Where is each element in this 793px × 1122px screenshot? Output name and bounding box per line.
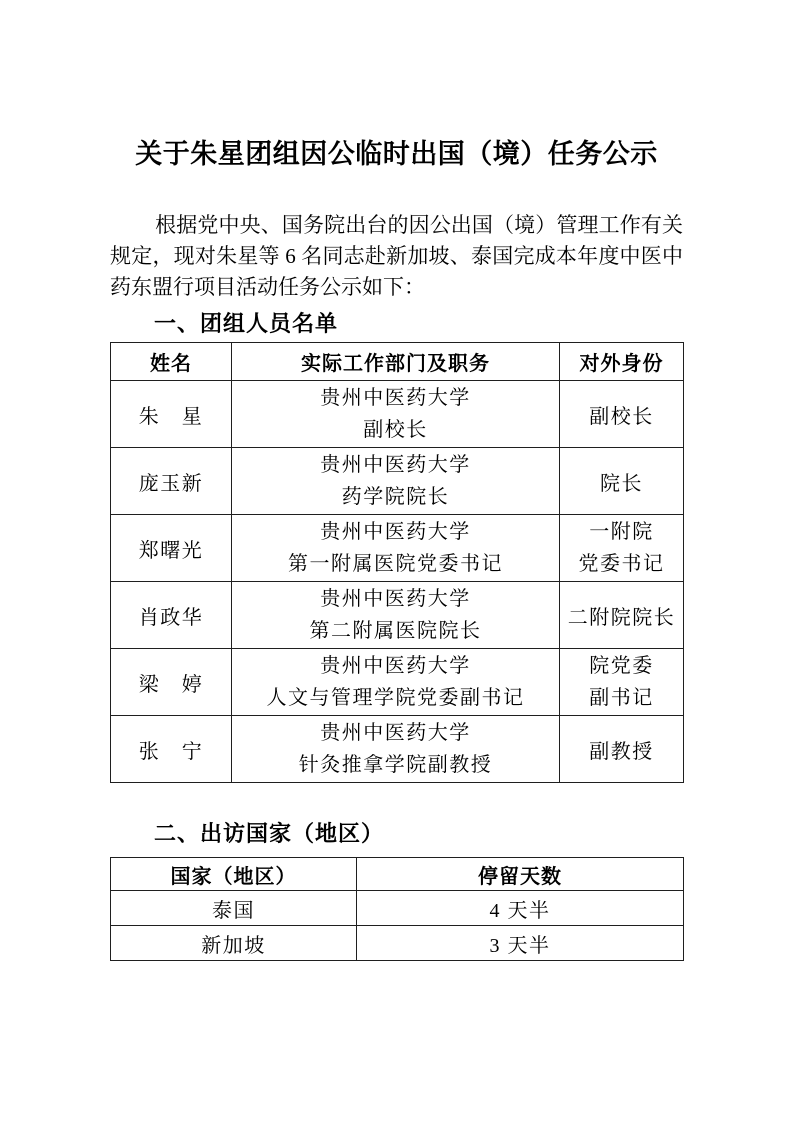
department-cell-line: 贵州中医药大学 [232, 382, 559, 414]
department-cell-line: 贵州中医药大学 [232, 583, 559, 615]
department-cell-line: 贵州中医药大学 [232, 516, 559, 548]
external-identity-cell: 副校长 [560, 381, 684, 448]
countries-table: 国家（地区） 停留天数 泰国4 天半新加坡3 天半 [110, 857, 684, 961]
external-identity-cell-line: 党委书记 [560, 548, 683, 580]
document-title: 关于朱星团组因公临时出国（境）任务公示 [110, 134, 683, 174]
section-1-heading: 一、团组人员名单 [110, 309, 683, 339]
personnel-header-row: 姓名 实际工作部门及职务 对外身份 [111, 343, 684, 381]
external-identity-cell: 一附院党委书记 [560, 515, 684, 582]
column-header-external-identity: 对外身份 [560, 343, 684, 381]
external-identity-cell: 院党委副书记 [560, 649, 684, 716]
name-cell: 郑曙光 [111, 515, 232, 582]
personnel-row: 肖政华贵州中医药大学第二附属医院院长二附院院长 [111, 582, 684, 649]
external-identity-cell: 院长 [560, 448, 684, 515]
personnel-table-header: 姓名 实际工作部门及职务 对外身份 [111, 343, 684, 381]
name-cell: 张 宁 [111, 716, 232, 783]
department-cell: 贵州中医药大学人文与管理学院党委副书记 [232, 649, 560, 716]
external-identity-cell-line: 副书记 [560, 682, 683, 714]
department-cell-line: 贵州中医药大学 [232, 449, 559, 481]
section-2-heading: 二、出访国家（地区） [110, 819, 683, 849]
external-identity-cell: 副教授 [560, 716, 684, 783]
personnel-row: 梁 婷贵州中医药大学人文与管理学院党委副书记院党委副书记 [111, 649, 684, 716]
department-cell: 贵州中医药大学药学院院长 [232, 448, 560, 515]
personnel-row: 郑曙光贵州中医药大学第一附属医院党委书记一附院党委书记 [111, 515, 684, 582]
personnel-row: 朱 星贵州中医药大学副校长副校长 [111, 381, 684, 448]
personnel-row: 庞玉新贵州中医药大学药学院院长院长 [111, 448, 684, 515]
department-cell-line: 药学院院长 [232, 481, 559, 513]
personnel-row: 张 宁贵州中医药大学针灸推拿学院副教授副教授 [111, 716, 684, 783]
document-content: 关于朱星团组因公临时出国（境）任务公示 根据党中央、国务院出台的因公出国（境）管… [110, 0, 683, 961]
department-cell: 贵州中医药大学针灸推拿学院副教授 [232, 716, 560, 783]
department-cell-line: 人文与管理学院党委副书记 [232, 682, 559, 714]
stay-days-cell: 3 天半 [357, 926, 684, 961]
department-cell: 贵州中医药大学副校长 [232, 381, 560, 448]
department-cell-line: 第一附属医院党委书记 [232, 548, 559, 580]
country-cell: 泰国 [111, 891, 357, 926]
department-cell-line: 副校长 [232, 414, 559, 446]
personnel-table-body: 朱 星贵州中医药大学副校长副校长庞玉新贵州中医药大学药学院院长院长郑曙光贵州中医… [111, 381, 684, 783]
countries-table-body: 泰国4 天半新加坡3 天半 [111, 891, 684, 961]
countries-header-row: 国家（地区） 停留天数 [111, 858, 684, 891]
department-cell: 贵州中医药大学第一附属医院党委书记 [232, 515, 560, 582]
column-header-name: 姓名 [111, 343, 232, 381]
department-cell-line: 贵州中医药大学 [232, 650, 559, 682]
column-header-country: 国家（地区） [111, 858, 357, 891]
intro-paragraph: 根据党中央、国务院出台的因公出国（境）管理工作有关规定，现对朱星等 6 名同志赴… [110, 210, 683, 303]
external-identity-cell-line: 一附院 [560, 516, 683, 548]
department-cell-line: 针灸推拿学院副教授 [232, 749, 559, 781]
column-header-department: 实际工作部门及职务 [232, 343, 560, 381]
stay-days-cell: 4 天半 [357, 891, 684, 926]
country-row: 泰国4 天半 [111, 891, 684, 926]
department-cell: 贵州中医药大学第二附属医院院长 [232, 582, 560, 649]
name-cell: 梁 婷 [111, 649, 232, 716]
country-row: 新加坡3 天半 [111, 926, 684, 961]
external-identity-cell: 二附院院长 [560, 582, 684, 649]
document-page: 关于朱星团组因公临时出国（境）任务公示 根据党中央、国务院出台的因公出国（境）管… [0, 0, 793, 1122]
department-cell-line: 第二附属医院院长 [232, 615, 559, 647]
name-cell: 肖政华 [111, 582, 232, 649]
department-cell-line: 贵州中医药大学 [232, 717, 559, 749]
personnel-table: 姓名 实际工作部门及职务 对外身份 朱 星贵州中医药大学副校长副校长庞玉新贵州中… [110, 342, 684, 783]
name-cell: 庞玉新 [111, 448, 232, 515]
countries-table-header: 国家（地区） 停留天数 [111, 858, 684, 891]
country-cell: 新加坡 [111, 926, 357, 961]
external-identity-cell-line: 院党委 [560, 650, 683, 682]
name-cell: 朱 星 [111, 381, 232, 448]
column-header-stay-days: 停留天数 [357, 858, 684, 891]
